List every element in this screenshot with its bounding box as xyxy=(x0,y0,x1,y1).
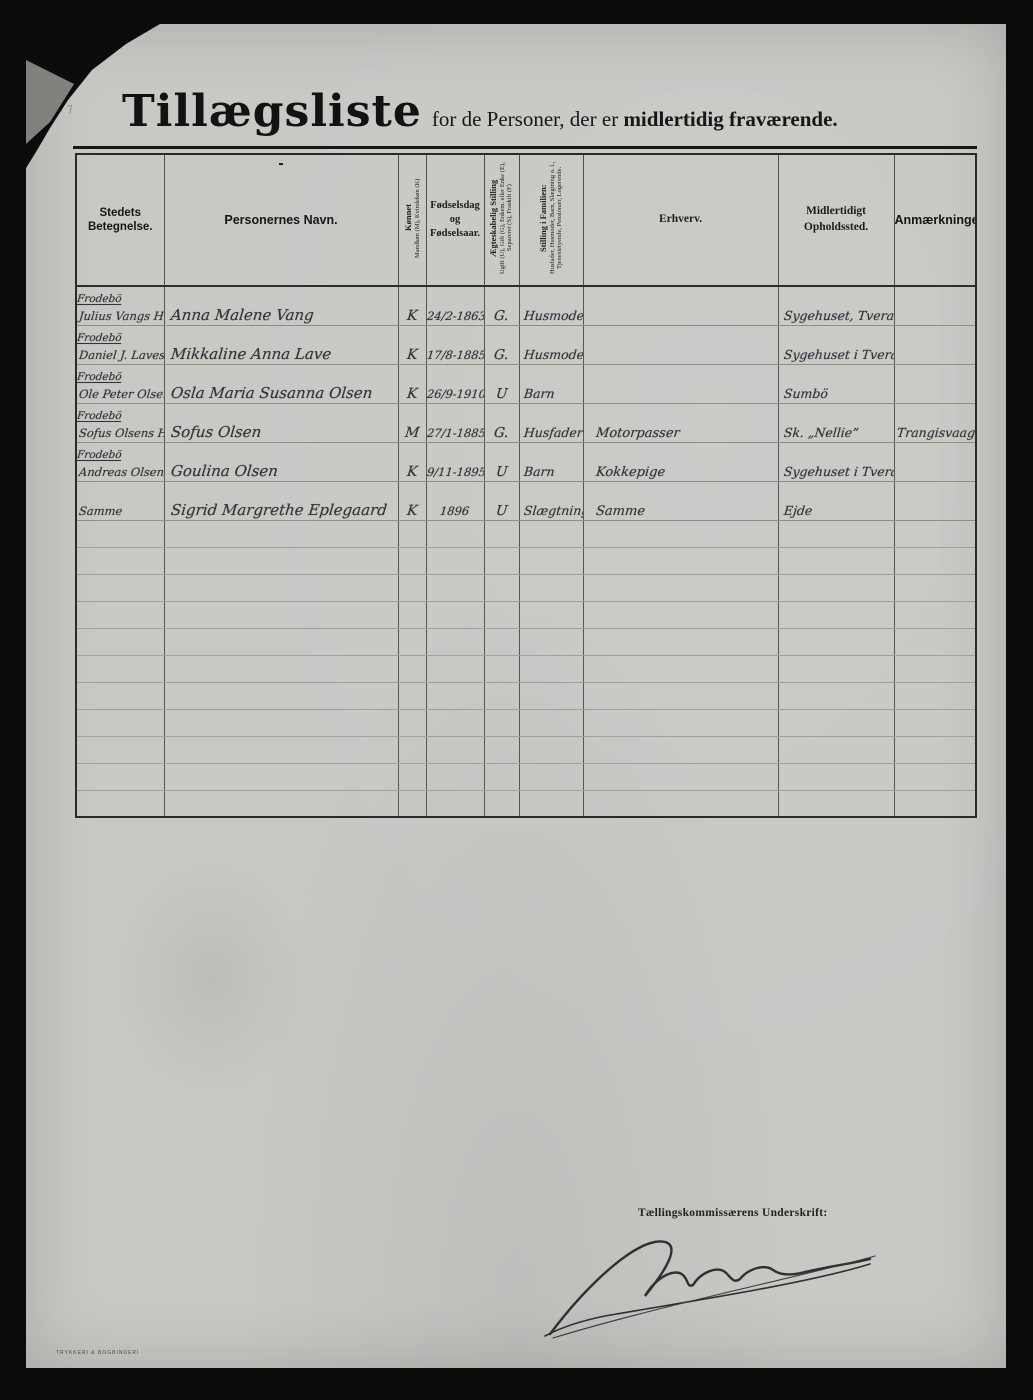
empty-table-row xyxy=(76,790,976,817)
col-header-family-title: Stilling i Familien: xyxy=(539,156,549,280)
title-main: Tillægsliste xyxy=(122,86,422,137)
cell-place-house: Ole Peter Olsens Hus xyxy=(76,388,164,401)
col-header-birth: Fødselsdag og Fødselsaar. xyxy=(426,154,484,286)
empty-cell xyxy=(778,574,894,601)
empty-cell xyxy=(778,547,894,574)
scanned-document: ~ 7 Tillægslistefor de Personer, der er … xyxy=(0,0,1033,1400)
col-header-sex-title: Kønnet xyxy=(404,156,414,280)
empty-cell xyxy=(778,520,894,547)
cell-place: Frodebö Julius Vangs Hus xyxy=(76,286,164,325)
title-subtitle: for de Personer, der er midlertidig frav… xyxy=(432,107,838,131)
empty-cell xyxy=(76,682,164,709)
empty-cell xyxy=(398,790,426,817)
cell-birthdate: 24/2-1863 xyxy=(426,286,484,325)
cell-birthdate: 27/1-1885 xyxy=(426,403,484,442)
empty-cell xyxy=(583,628,778,655)
empty-cell xyxy=(894,574,976,601)
empty-table-row xyxy=(76,520,976,547)
empty-cell xyxy=(894,655,976,682)
cell-temporary-location: Sygehuset i Tveraa xyxy=(778,325,894,364)
cell-sex: K xyxy=(398,325,426,364)
col-header-location: Midlertidigt Opholdssted. xyxy=(778,154,894,286)
empty-cell xyxy=(583,682,778,709)
col-header-sex: KønnetMandkøn (M), Kvindekøn (K) xyxy=(398,154,426,286)
empty-cell xyxy=(398,601,426,628)
empty-table-row xyxy=(76,655,976,682)
empty-cell xyxy=(778,736,894,763)
cell-occupation xyxy=(583,325,778,364)
empty-cell xyxy=(484,763,519,790)
col-header-place: Stedets Betegnelse. xyxy=(76,154,164,286)
title-subtitle-regular: for de Personer, der er xyxy=(432,107,618,131)
empty-cell xyxy=(484,655,519,682)
cell-place-district: Frodebö xyxy=(76,450,122,461)
empty-cell xyxy=(894,709,976,736)
empty-cell xyxy=(583,547,778,574)
empty-cell xyxy=(76,655,164,682)
cell-place-district: Frodebö xyxy=(76,372,122,383)
col-header-family-codes: Husfader, Husmoder, Barn, Slægtning o. l… xyxy=(549,156,563,280)
cell-sex: K xyxy=(398,286,426,325)
empty-cell xyxy=(583,655,778,682)
col-header-remarks: Anmærkninger. xyxy=(894,154,976,286)
empty-cell xyxy=(894,547,976,574)
empty-cell xyxy=(519,655,583,682)
empty-cell xyxy=(894,790,976,817)
empty-cell xyxy=(398,574,426,601)
empty-cell xyxy=(519,628,583,655)
empty-cell xyxy=(894,628,976,655)
col-header-family: Stilling i Familien:Husfader, Husmoder, … xyxy=(519,154,583,286)
cell-name: Anna Malene Vang xyxy=(164,286,398,325)
cell-marital-status: G. xyxy=(484,286,519,325)
cell-family-position: Barn xyxy=(519,364,583,403)
empty-cell xyxy=(583,763,778,790)
empty-cell xyxy=(519,601,583,628)
cell-sex: K xyxy=(398,364,426,403)
table-body: Frodebö Julius Vangs Hus Anna Malene Van… xyxy=(76,286,976,817)
empty-cell xyxy=(426,763,484,790)
empty-cell xyxy=(583,736,778,763)
empty-table-row xyxy=(76,709,976,736)
cell-birthdate: 17/8-1885 xyxy=(426,325,484,364)
cell-remarks xyxy=(894,325,976,364)
col-header-name-label: Personernes Navn. xyxy=(224,213,337,227)
empty-cell xyxy=(164,709,398,736)
empty-cell xyxy=(164,763,398,790)
col-header-occupation: Erhverv. xyxy=(583,154,778,286)
table-row: Frodebö Daniel J. Laves Hus Mikkaline An… xyxy=(76,325,976,364)
empty-cell xyxy=(894,520,976,547)
empty-cell xyxy=(164,736,398,763)
empty-cell xyxy=(583,574,778,601)
cell-name: Sofus Olsen xyxy=(164,403,398,442)
empty-cell xyxy=(583,709,778,736)
empty-cell xyxy=(76,520,164,547)
cell-name: Mikkaline Anna Lave xyxy=(164,325,398,364)
cell-place-house: Daniel J. Laves Hus xyxy=(76,349,164,362)
empty-cell xyxy=(426,709,484,736)
table-row: Samme Sigrid Margrethe Eplegaard K 1896 … xyxy=(76,481,976,520)
cell-place-house: Andreas Olsens Hus xyxy=(76,466,164,479)
cell-marital-status: G. xyxy=(484,325,519,364)
empty-cell xyxy=(76,709,164,736)
empty-cell xyxy=(778,601,894,628)
empty-cell xyxy=(426,655,484,682)
empty-cell xyxy=(398,736,426,763)
cell-temporary-location: Sumbö xyxy=(778,364,894,403)
empty-cell xyxy=(164,574,398,601)
cell-place-house: Julius Vangs Hus xyxy=(76,310,164,323)
empty-cell xyxy=(164,628,398,655)
pencil-mark: ~ 7 xyxy=(53,103,74,119)
empty-cell xyxy=(76,763,164,790)
empty-cell xyxy=(484,601,519,628)
empty-cell xyxy=(583,790,778,817)
table-row: Frodebö Sofus Olsens Hus Sofus Olsen M 2… xyxy=(76,403,976,442)
cell-place-district: Frodebö xyxy=(76,333,122,344)
cell-occupation: Samme xyxy=(583,481,778,520)
cell-place: Frodebö Ole Peter Olsens Hus xyxy=(76,364,164,403)
cell-remarks xyxy=(894,364,976,403)
empty-cell xyxy=(164,790,398,817)
empty-cell xyxy=(426,520,484,547)
cell-family-position: Husfader xyxy=(519,403,583,442)
cell-place-district: Frodebö xyxy=(76,411,122,422)
empty-cell xyxy=(484,547,519,574)
empty-cell xyxy=(164,601,398,628)
cell-remarks xyxy=(894,481,976,520)
cell-place-house: Samme xyxy=(76,505,123,518)
empty-cell xyxy=(519,763,583,790)
cell-marital-status: U xyxy=(484,364,519,403)
header-dash: - xyxy=(278,155,283,173)
cell-temporary-location: Sk. „Nellie” xyxy=(778,403,894,442)
document-title: Tillægslistefor de Personer, der er midl… xyxy=(122,86,1002,137)
empty-table-row xyxy=(76,547,976,574)
cell-sex: K xyxy=(398,442,426,481)
empty-cell xyxy=(519,682,583,709)
col-header-sex-codes: Mandkøn (M), Kvindekøn (K) xyxy=(413,156,420,280)
title-subtitle-bold: midlertidig fraværende. xyxy=(623,107,837,131)
empty-cell xyxy=(484,628,519,655)
cell-place-district: Frodebö xyxy=(76,294,122,305)
cell-occupation: Motorpasser xyxy=(583,403,778,442)
cell-family-position: Husmoder xyxy=(519,325,583,364)
cell-occupation xyxy=(583,286,778,325)
empty-cell xyxy=(76,628,164,655)
empty-table-row xyxy=(76,574,976,601)
empty-cell xyxy=(778,790,894,817)
empty-cell xyxy=(894,601,976,628)
cell-remarks xyxy=(894,442,976,481)
cell-place: Frodebö Sofus Olsens Hus xyxy=(76,403,164,442)
empty-table-row xyxy=(76,628,976,655)
empty-cell xyxy=(519,709,583,736)
cell-marital-status: G. xyxy=(484,403,519,442)
cell-marital-status: U xyxy=(484,481,519,520)
header-row: Stedets Betegnelse. - Personernes Navn. … xyxy=(76,154,976,286)
cell-temporary-location: Sygehuset, Tveraa xyxy=(778,286,894,325)
empty-cell xyxy=(894,682,976,709)
col-header-marital-title: Ægteskabelig Stilling xyxy=(489,156,499,280)
table-row: Frodebö Andreas Olsens Hus Goulina Olsen… xyxy=(76,442,976,481)
cell-sex: K xyxy=(398,481,426,520)
col-header-marital-codes: Ugift (U), Gift (G), Enkem. eller Enke (… xyxy=(499,156,513,280)
empty-cell xyxy=(778,763,894,790)
empty-cell xyxy=(484,736,519,763)
empty-cell xyxy=(76,574,164,601)
empty-table-row xyxy=(76,682,976,709)
empty-cell xyxy=(398,655,426,682)
empty-cell xyxy=(778,682,894,709)
empty-cell xyxy=(894,763,976,790)
empty-cell xyxy=(426,736,484,763)
col-header-marital: Ægteskabelig StillingUgift (U), Gift (G)… xyxy=(484,154,519,286)
empty-cell xyxy=(519,574,583,601)
cell-temporary-location: Sygehuset i Tveraa xyxy=(778,442,894,481)
printer-mark: TRYKKERI & BOGBINDERI xyxy=(56,1350,139,1356)
empty-cell xyxy=(484,709,519,736)
empty-cell xyxy=(484,790,519,817)
census-table: Stedets Betegnelse. - Personernes Navn. … xyxy=(75,153,977,818)
empty-cell xyxy=(426,790,484,817)
table-row: Frodebö Ole Peter Olsens Hus Osla Maria … xyxy=(76,364,976,403)
empty-table-row xyxy=(76,763,976,790)
cell-family-position: Barn xyxy=(519,442,583,481)
cell-name: Goulina Olsen xyxy=(164,442,398,481)
empty-cell xyxy=(398,682,426,709)
empty-cell xyxy=(398,763,426,790)
empty-table-row xyxy=(76,601,976,628)
empty-cell xyxy=(164,682,398,709)
cell-remarks xyxy=(894,286,976,325)
cell-sex: M xyxy=(398,403,426,442)
empty-cell xyxy=(398,547,426,574)
empty-cell xyxy=(778,655,894,682)
empty-cell xyxy=(426,601,484,628)
empty-cell xyxy=(164,655,398,682)
empty-table-row xyxy=(76,736,976,763)
table-row: Frodebö Julius Vangs Hus Anna Malene Van… xyxy=(76,286,976,325)
empty-cell xyxy=(484,682,519,709)
empty-cell xyxy=(778,709,894,736)
cell-occupation xyxy=(583,364,778,403)
empty-cell xyxy=(519,736,583,763)
empty-cell xyxy=(519,790,583,817)
cell-family-position: Slægtning xyxy=(519,481,583,520)
title-rule xyxy=(73,146,977,149)
signature-label: Tællingskommissærens Underskrift: xyxy=(638,1207,828,1219)
empty-cell xyxy=(778,628,894,655)
empty-cell xyxy=(484,520,519,547)
empty-cell xyxy=(583,520,778,547)
cell-name: Osla Maria Susanna Olsen xyxy=(164,364,398,403)
empty-cell xyxy=(76,547,164,574)
empty-cell xyxy=(426,682,484,709)
cell-temporary-location: Ejde xyxy=(778,481,894,520)
cell-place: Samme xyxy=(76,481,164,520)
empty-cell xyxy=(164,520,398,547)
empty-cell xyxy=(398,709,426,736)
empty-cell xyxy=(76,790,164,817)
cell-remarks: Trangisvaag xyxy=(894,403,976,442)
empty-cell xyxy=(426,628,484,655)
cell-birthdate: 26/9-1910 xyxy=(426,364,484,403)
col-header-name: - Personernes Navn. xyxy=(164,154,398,286)
empty-cell xyxy=(164,547,398,574)
cell-family-position: Husmoder xyxy=(519,286,583,325)
cell-marital-status: U xyxy=(484,442,519,481)
cell-birthdate: 1896 xyxy=(426,481,484,520)
empty-cell xyxy=(484,574,519,601)
cell-place-house: Sofus Olsens Hus xyxy=(76,427,164,440)
empty-cell xyxy=(894,736,976,763)
empty-cell xyxy=(398,628,426,655)
cell-birthdate: 9/11-1895 xyxy=(426,442,484,481)
cell-occupation: Kokkepige xyxy=(583,442,778,481)
signature xyxy=(535,1226,885,1341)
cell-name: Sigrid Margrethe Eplegaard xyxy=(164,481,398,520)
empty-cell xyxy=(426,574,484,601)
empty-cell xyxy=(519,547,583,574)
empty-cell xyxy=(76,736,164,763)
empty-cell xyxy=(519,520,583,547)
empty-cell xyxy=(398,520,426,547)
cell-place: Frodebö Andreas Olsens Hus xyxy=(76,442,164,481)
empty-cell xyxy=(583,601,778,628)
empty-cell xyxy=(76,601,164,628)
empty-cell xyxy=(426,547,484,574)
cell-place: Frodebö Daniel J. Laves Hus xyxy=(76,325,164,364)
